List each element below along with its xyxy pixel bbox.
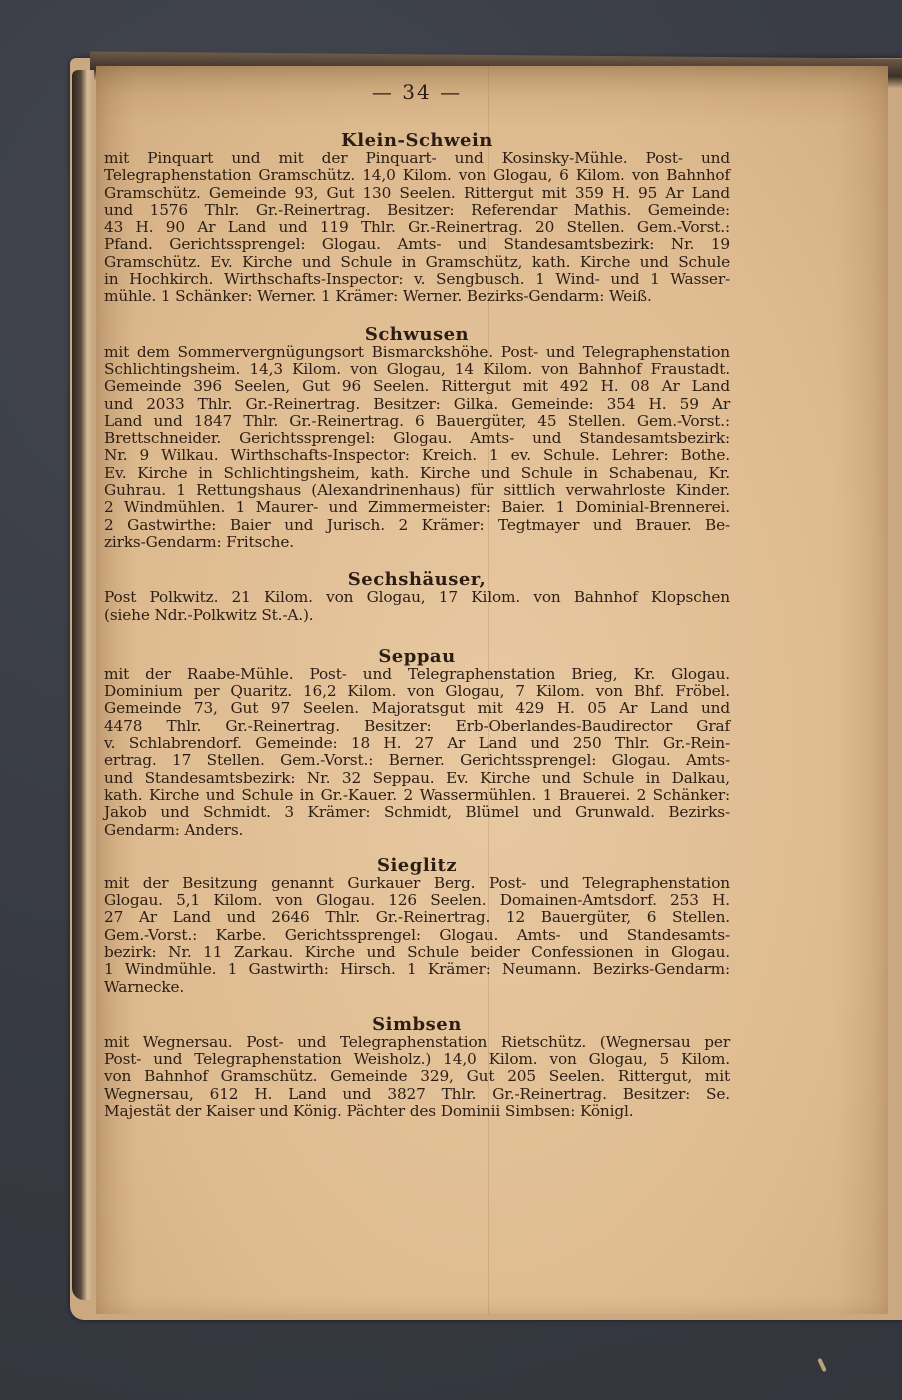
entry-line: 27 Ar Land und 2646 Thlr. Gr.-Reinertrag… bbox=[104, 909, 730, 926]
entry-line: 4478 Thlr. Gr.-Reinertrag. Besitzer: Erb… bbox=[104, 718, 730, 735]
entry-line: mit Pinquart und mit der Pinquart- und K… bbox=[104, 150, 730, 167]
entry-line: und Standesamtsbezirk: Nr. 32 Seppau. Ev… bbox=[104, 770, 730, 787]
entry-title: Sechshäuser, bbox=[104, 571, 730, 589]
entry-line: v. Schlabrendorf. Gemeinde: 18 H. 27 Ar … bbox=[104, 735, 730, 752]
entry-line: kath. Kirche und Schule in Gr.-Kauer. 2 … bbox=[104, 787, 730, 804]
entry-line: 2 Gastwirthe: Baier und Jurisch. 2 Kräme… bbox=[104, 517, 730, 534]
scan-artifact-mark bbox=[817, 1358, 827, 1372]
entry-line: Schlichtingsheim. 14,3 Kilom. von Glogau… bbox=[104, 361, 730, 378]
entry-line: Dominium per Quaritz. 16,2 Kilom. von Gl… bbox=[104, 683, 730, 700]
entry-line: mit dem Sommervergnügungsort Bismarckshö… bbox=[104, 344, 730, 361]
entry-line: mit der Besitzung genannt Gurkauer Berg.… bbox=[104, 875, 730, 892]
entry-line: Brettschneider. Gerichtssprengel: Glogau… bbox=[104, 430, 730, 447]
entry-line: Land und 1847 Thlr. Gr.-Reinertrag. 6 Ba… bbox=[104, 413, 730, 430]
entry-body: mit Pinquart und mit der Pinquart- und K… bbox=[104, 150, 730, 306]
gazetteer-entry: Sieglitzmit der Besitzung genannt Gurkau… bbox=[104, 857, 730, 996]
entry-line: Pfand. Gerichtssprengel: Glogau. Amts- u… bbox=[104, 236, 730, 253]
page-text-block: — 34 — Klein-Schweinmit Pinquart und mit… bbox=[104, 80, 730, 1138]
entry-line: Gendarm: Anders. bbox=[104, 822, 730, 839]
entry-line: in Hochkirch. Wirthschafts-Inspector: v.… bbox=[104, 271, 730, 288]
entry-line: mühle. 1 Schänker: Werner. 1 Krämer: Wer… bbox=[104, 288, 730, 305]
entry-body: mit der Raabe-Mühle. Post- und Telegraph… bbox=[104, 666, 730, 839]
entry-body: mit Wegnersau. Post- und Telegraphenstat… bbox=[104, 1034, 730, 1120]
entry-line: Gramschütz. Gemeinde 93, Gut 130 Seelen.… bbox=[104, 185, 730, 202]
entry-line: 1 Windmühle. 1 Gastwirth: Hirsch. 1 Kräm… bbox=[104, 961, 730, 978]
entry-line: ertrag. 17 Stellen. Gem.-Vorst.: Berner.… bbox=[104, 752, 730, 769]
gazetteer-entry: Seppaumit der Raabe-Mühle. Post- und Tel… bbox=[104, 648, 730, 839]
entry-title: Sieglitz bbox=[104, 857, 730, 875]
entry-body: Post Polkwitz. 21 Kilom. von Glogau, 17 … bbox=[104, 589, 730, 624]
entry-line: zirks-Gendarm: Fritsche. bbox=[104, 534, 730, 551]
entry-body: mit der Besitzung genannt Gurkauer Berg.… bbox=[104, 875, 730, 996]
entry-line: Post Polkwitz. 21 Kilom. von Glogau, 17 … bbox=[104, 589, 730, 606]
entry-line: Gemeinde 396 Seelen, Gut 96 Seelen. Ritt… bbox=[104, 378, 730, 395]
entry-line: mit der Raabe-Mühle. Post- und Telegraph… bbox=[104, 666, 730, 683]
entry-line: Gemeinde 73, Gut 97 Seelen. Majoratsgut … bbox=[104, 700, 730, 717]
gazetteer-entry: Klein-Schweinmit Pinquart und mit der Pi… bbox=[104, 132, 730, 306]
entry-body: mit dem Sommervergnügungsort Bismarckshö… bbox=[104, 344, 730, 552]
entry-line: (siehe Ndr.-Polkwitz St.-A.). bbox=[104, 607, 730, 624]
entry-line: Nr. 9 Wilkau. Wirthschafts-Inspector: Kr… bbox=[104, 447, 730, 464]
entry-line: bezirk: Nr. 11 Zarkau. Kirche und Schule… bbox=[104, 944, 730, 961]
entry-line: und 1576 Thlr. Gr.-Reinertrag. Besitzer:… bbox=[104, 202, 730, 219]
entry-title: Seppau bbox=[104, 648, 730, 666]
entry-title: Klein-Schwein bbox=[104, 132, 730, 150]
entry-line: mit Wegnersau. Post- und Telegraphenstat… bbox=[104, 1034, 730, 1051]
gazetteer-entry: Simbsenmit Wegnersau. Post- und Telegrap… bbox=[104, 1016, 730, 1120]
entry-line: Guhrau. 1 Rettungshaus (Alexandrinenhaus… bbox=[104, 482, 730, 499]
entry-line: Warnecke. bbox=[104, 979, 730, 996]
book-spine-edge bbox=[72, 70, 94, 1300]
gazetteer-entry: Schwusenmit dem Sommervergnügungsort Bis… bbox=[104, 326, 730, 552]
entry-title: Simbsen bbox=[104, 1016, 730, 1034]
gazetteer-entry: Sechshäuser,Post Polkwitz. 21 Kilom. von… bbox=[104, 571, 730, 624]
entry-line: 43 H. 90 Ar Land und 119 Thlr. Gr.-Reine… bbox=[104, 219, 730, 236]
entry-line: und 2033 Thlr. Gr.-Reinertrag. Besitzer:… bbox=[104, 396, 730, 413]
gazetteer-entries: Klein-Schweinmit Pinquart und mit der Pi… bbox=[104, 132, 730, 1120]
entry-line: Jakob und Schmidt. 3 Krämer: Schmidt, Bl… bbox=[104, 804, 730, 821]
entry-line: Gem.-Vorst.: Karbe. Gerichtssprengel: Gl… bbox=[104, 927, 730, 944]
entry-line: Telegraphenstation Gramschütz. 14,0 Kilo… bbox=[104, 167, 730, 184]
entry-line: Gramschütz. Ev. Kirche und Schule in Gra… bbox=[104, 254, 730, 271]
page-number: — 34 — bbox=[104, 80, 730, 104]
entry-line: Ev. Kirche in Schlichtingsheim, kath. Ki… bbox=[104, 465, 730, 482]
entry-title: Schwusen bbox=[104, 326, 730, 344]
entry-line: Glogau. 5,1 Kilom. von Glogau. 126 Seele… bbox=[104, 892, 730, 909]
entry-line: von Bahnhof Gramschütz. Gemeinde 329, Gu… bbox=[104, 1068, 730, 1085]
entry-line: Majestät der Kaiser und König. Pächter d… bbox=[104, 1103, 730, 1120]
entry-line: 2 Windmühlen. 1 Maurer- und Zimmermeiste… bbox=[104, 499, 730, 516]
entry-line: Wegnersau, 612 H. Land und 3827 Thlr. Gr… bbox=[104, 1086, 730, 1103]
entry-line: Post- und Telegraphenstation Weisholz.) … bbox=[104, 1051, 730, 1068]
